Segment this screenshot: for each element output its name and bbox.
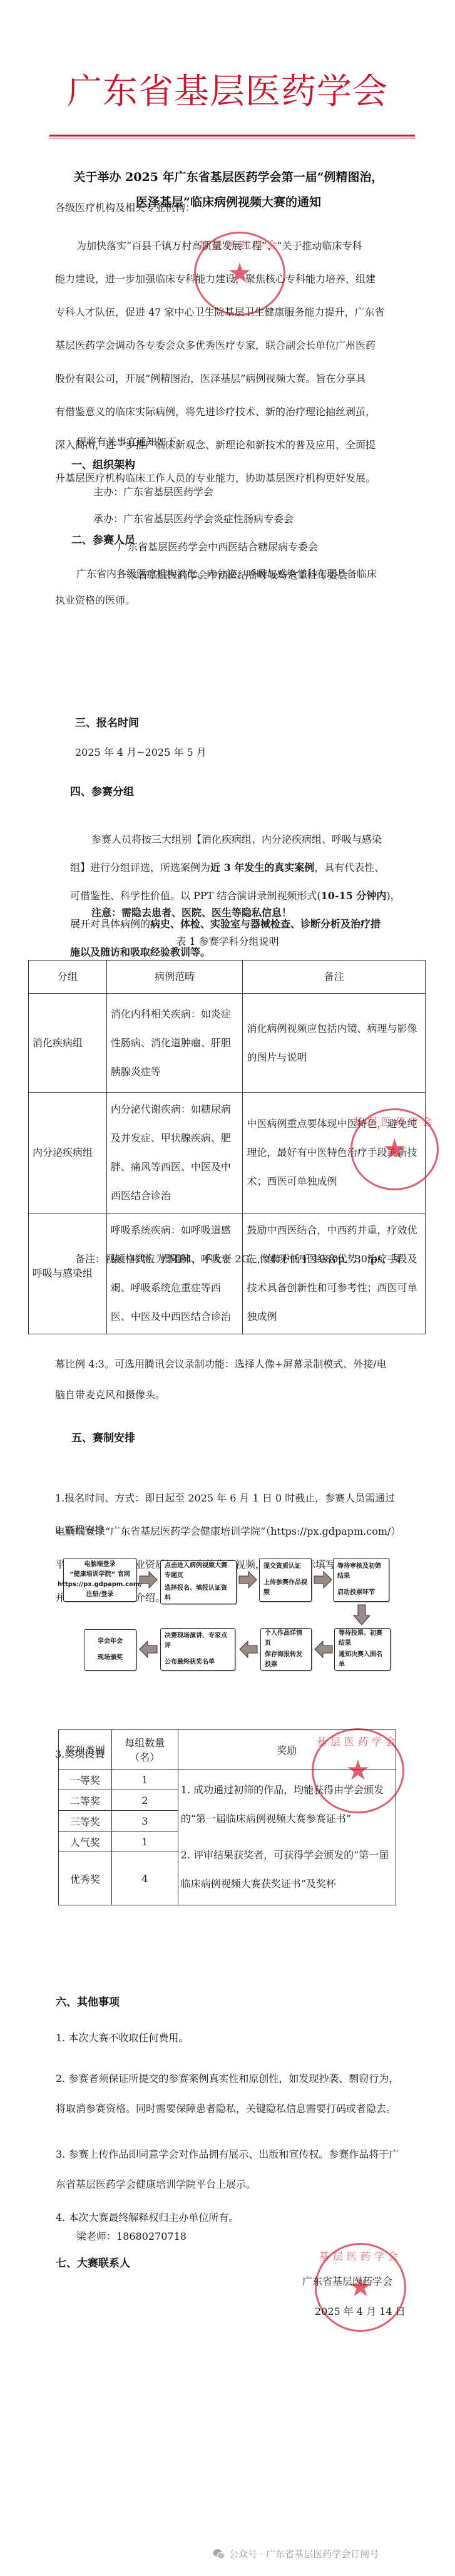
video-format-note-cont: 脑自带麦克风和摄像头。 bbox=[55, 1386, 165, 1404]
flow-text: 提交资质认证 bbox=[263, 1562, 307, 1572]
watermark-text: 公众号 · 广东省基层医药学会订阅号 bbox=[229, 2547, 379, 2560]
participants-line: 执业资格的医师。 bbox=[55, 587, 406, 614]
awards-header-row: 奖项类别 每组数量 （名） 奖励 bbox=[59, 1730, 396, 1770]
intro-line: 专科人才队伍，促进 47 家中心卫生院基层卫生健康服务能力提升，广东省 bbox=[55, 296, 406, 329]
contact-person: 梁老师：18680270718 bbox=[76, 2228, 187, 2245]
emphasis: 10-15 分钟内 bbox=[321, 890, 387, 902]
flow-text: 注册/登录 bbox=[86, 1590, 114, 1600]
wechat-watermark: 公众号 · 广东省基层医药学会订阅号 bbox=[213, 2547, 379, 2560]
flow-text: 学会年会 bbox=[98, 1637, 123, 1647]
scope-cell: 内分泌代谢疾病：如糖尿病及并发症、甲状腺疾病、肥胖、痛风等西医、中医及中西医结合… bbox=[106, 1093, 243, 1213]
flow-step-7: 决赛现场演讲、专家点评 公布最终获奖名单 bbox=[160, 1628, 235, 1671]
section-heading-2: 二、参赛人员 bbox=[71, 531, 135, 547]
registration-line: 1.报名时间、方式：即日起至 2025 年 6 月 1 日 0 时截止，参赛人员… bbox=[55, 1481, 406, 1515]
header-cell: 奖项类别 bbox=[59, 1730, 112, 1770]
intro-line: 有借鉴意义的临床实际病例，将先进诊疗技术、新的治疗理论抽丝剥茧， bbox=[55, 395, 406, 428]
section-heading-7: 七、大赛联系人 bbox=[56, 2254, 130, 2270]
flow-step-4: 等待审核及初筛结果 启动投票环节 bbox=[333, 1558, 389, 1602]
other-item-2: 2. 参赛者须保证所提交的参赛案例真实性和原创性，如发现抄袭、剽窃行为，将取消参… bbox=[56, 2064, 403, 2124]
remark-cell: 鼓励中西医结合，中西药并重，疗效优先，体现中西医结合优势；治疗手段及技术具备创新… bbox=[243, 1213, 426, 1334]
header-cell: 每组数量 （名） bbox=[111, 1730, 178, 1770]
red-divider-thin bbox=[49, 138, 415, 138]
seal-text: 基层医药学会 bbox=[317, 2249, 404, 2263]
grouping-line: 组】进行分组评选，所选案例为近 3 年发生的真实案例，具有代表性、 bbox=[70, 853, 405, 882]
flow-text: 通知决赛入围名单 bbox=[339, 1650, 386, 1670]
arrow-right-icon bbox=[238, 1570, 257, 1589]
flow-step-2: 点击进入病例视频大赛专题页 选择报名、填报认证资料 bbox=[160, 1560, 237, 1604]
flow-step-1: 电脑端登录 “健康培训学院” 官网 https://px.gdpapm.com/… bbox=[63, 1558, 136, 1602]
flow-text: 选择报名、填报认证资料 bbox=[165, 1584, 232, 1604]
header-cell: 病例范畴 bbox=[106, 961, 243, 994]
masthead-title: 广东省基层医药学会 bbox=[0, 70, 455, 114]
organizer-1: 广东省基层医药学会炎症性肠病专委会 bbox=[123, 513, 294, 525]
award-count: 1 bbox=[111, 1832, 178, 1852]
emphasis: 近 3 年发生的真实案例 bbox=[210, 862, 314, 873]
reward-cell: 1. 成功通过初筛的作品，均能获得由学会颁发的“第一届临床病例视频大赛参赛证书”… bbox=[178, 1770, 396, 1905]
flow-text: 等待审核及初筛结果 bbox=[337, 1562, 385, 1582]
header-cell: 分组 bbox=[29, 961, 107, 994]
award-count: 2 bbox=[111, 1790, 178, 1811]
text: 组】进行分组评选，所选案例为 bbox=[70, 862, 210, 873]
reward-item: 1. 成功通过初筛的作品，均能获得由学会颁发的“第一届临床病例视频大赛参赛证书” bbox=[181, 1776, 393, 1833]
flow-text: “健康培训学院” 官网 bbox=[69, 1570, 130, 1580]
participants: 广东省内各级医疗机构消化、内分泌、呼吸与感染学科在职具备临床 执业资格的医师。 bbox=[55, 561, 406, 614]
notice-line: 现将有关事宜通知如下： bbox=[76, 433, 187, 451]
official-seal: 基层医药学会 ★ bbox=[350, 1108, 439, 1190]
text: 可借鉴性、科学性价值。以 PPT 结合演讲录制视频形式( bbox=[70, 890, 321, 902]
arrow-down-icon bbox=[352, 1604, 371, 1625]
flow-text: 点击进入病例视频大赛专题页 bbox=[165, 1561, 232, 1581]
award-count: 3 bbox=[111, 1811, 178, 1832]
flow-text: 公布最终获奖名单 bbox=[165, 1657, 231, 1667]
arrow-left-icon bbox=[239, 1640, 258, 1659]
registration-line: 电脑端登录“广东省基层医药学会健康培训学院”（https://px.gdpapm… bbox=[55, 1515, 406, 1548]
arrow-right-icon bbox=[139, 1570, 158, 1589]
host: 主办：广东省基层医药学会 bbox=[93, 483, 213, 501]
flow-text: 启动投票环节 bbox=[337, 1588, 385, 1598]
flow-step-3: 提交资质认证 上传参赛作品视频 bbox=[259, 1558, 312, 1602]
flow-text: 电脑端登录 bbox=[84, 1560, 116, 1570]
schedule-heading: 2.赛程安排 bbox=[55, 1522, 105, 1539]
header-cell: 奖励 bbox=[178, 1730, 396, 1770]
intro-line: 股份有限公司，开展“例精图治，医泽基层”病例视频大赛。旨在分享具 bbox=[55, 362, 406, 395]
group-cell: 内分泌疾病组 bbox=[29, 1093, 107, 1213]
scope-cell: 消化内科相关疾病：如炎症性肠病、消化道肿瘤、肝胆胰腺炎症等 bbox=[106, 994, 243, 1093]
awards-row: 一等奖 1 1. 成功通过初筛的作品，均能获得由学会颁发的“第一届临床病例视频大… bbox=[59, 1770, 396, 1790]
section-heading-3: 三、报名时间 bbox=[75, 714, 139, 729]
seal-star-icon: ★ bbox=[382, 1136, 407, 1163]
signature-date: 2025 年 4 月 14 日 bbox=[315, 2303, 406, 2321]
remark-cell: 消化病例视频应包括内镜、病理与影像的图片与说明 bbox=[243, 994, 426, 1093]
table-caption: 表 1 参赛学科分组说明 bbox=[0, 933, 455, 951]
organizer-label: 承办： bbox=[93, 513, 123, 525]
header-text: 每组数量 bbox=[115, 1735, 175, 1749]
intro-line: 为加快落实“百县千镇万村高质量发展工程”、“关于推动临床专科 bbox=[55, 229, 406, 262]
award-count: 4 bbox=[111, 1852, 178, 1905]
awards-table: 奖项类别 每组数量 （名） 奖励 一等奖 1 1. 成功通过初筛的作品，均能获得… bbox=[58, 1729, 396, 1905]
group-cell: 消化疾病组 bbox=[29, 994, 107, 1093]
section-heading-5: 五、赛制安排 bbox=[71, 1429, 135, 1445]
award-category: 优秀奖 bbox=[59, 1852, 112, 1905]
table-row: 呼吸与感染组 呼吸系统疾病：如呼吸道感染、哮喘、慢阻肺、呼吸衰竭、呼吸系统危重症… bbox=[29, 1213, 426, 1334]
intro-line: 基层医药学会调动各专委会众多优秀医疗专家，联合副会长单位广州医药 bbox=[55, 329, 406, 362]
signature-org: 广东省基层医药学会 bbox=[302, 2273, 392, 2290]
privacy-note: 注意：需隐去患者、医院、医生等隐私信息！ bbox=[91, 904, 292, 922]
arrow-left-icon bbox=[314, 1640, 333, 1659]
table-header-row: 分组 病例范畴 备注 bbox=[29, 961, 426, 994]
flow-step-8: 学会年会 现场颁奖 bbox=[84, 1629, 136, 1671]
header-cell: 备注 bbox=[243, 961, 426, 994]
flow-text: 现场颁奖 bbox=[98, 1653, 123, 1663]
participants-line: 广东省内各级医疗机构消化、内分泌、呼吸与感染学科在职具备临床 bbox=[55, 561, 406, 587]
group-cell: 呼吸与感染组 bbox=[29, 1213, 107, 1334]
text: )， bbox=[386, 890, 400, 902]
award-category: 三等奖 bbox=[59, 1811, 112, 1832]
video-format-note: 备注：视频格式应为 MP4，不大于 2G，像素不低于 1080p、30fps，屏 bbox=[75, 1250, 402, 1268]
intro-paragraph: 为加快落实“百县千镇万村高质量发展工程”、“关于推动临床专科 能力建设，进一步加… bbox=[55, 229, 406, 495]
section-heading-1: 一、组织架构 bbox=[71, 456, 135, 471]
text: ，具有代表性、 bbox=[314, 862, 384, 873]
other-item-3: 3. 参赛上传作品即同意学会对作品拥有展示、出版和宣传权。参赛作品将于广东省基层… bbox=[56, 2140, 403, 2200]
video-format-note-cont: 幕比例 4:3。可选用腾讯会议录制功能：选择人像+屏幕录制模式、外接/电 bbox=[55, 1356, 387, 1373]
arrow-left-icon bbox=[139, 1640, 158, 1659]
award-count: 1 bbox=[111, 1770, 178, 1790]
flow-step-5: 等待投票、初赛结果 通知决赛入围名单 bbox=[334, 1628, 391, 1671]
header-text: （名） bbox=[115, 1749, 175, 1764]
award-category: 一等奖 bbox=[59, 1770, 112, 1790]
organizer: 承办：广东省基层医药学会炎症性肠病专委会 bbox=[93, 510, 294, 528]
flow-text: 个人作品详情页 bbox=[265, 1629, 307, 1649]
award-category: 人气奖 bbox=[59, 1832, 112, 1852]
seal-text: 基层医药学会 bbox=[352, 1114, 437, 1128]
intro-line: 能力建设，进一步加强临床专科能力建设，聚焦核心专科能力培养，组建 bbox=[55, 262, 406, 296]
flow-text: 等待投票、初赛结果 bbox=[339, 1629, 386, 1649]
section-heading-4: 四、参赛分组 bbox=[70, 783, 134, 798]
table-row: 消化疾病组 消化内科相关疾病：如炎症性肠病、消化道肿瘤、肝胆胰腺炎症等 消化病例… bbox=[29, 994, 426, 1093]
section-heading-6: 六、其他事项 bbox=[56, 1993, 120, 2009]
flow-text: 上传参赛作品视频 bbox=[263, 1578, 307, 1598]
flow-text: 保存海报转发投票 bbox=[265, 1650, 307, 1670]
award-category: 二等奖 bbox=[59, 1790, 112, 1811]
flow-text: 决赛现场演讲、专家点评 bbox=[165, 1631, 231, 1651]
scope-cell: 呼吸系统疾病：如呼吸道感染、哮喘、慢阻肺、呼吸衰竭、呼吸系统危重症等西医、中医及… bbox=[106, 1213, 243, 1334]
red-divider bbox=[49, 135, 415, 137]
organizer-2: 广东省基层医药学会中西医结合糖尿病专委会 bbox=[118, 538, 318, 556]
flow-text: https://px.gdpapm.com/ bbox=[58, 1580, 142, 1590]
salutation: 各级医疗机构及相关专业机构： bbox=[55, 199, 195, 217]
title-line-1: 关于举办 2025 年广东省基层医药学会第一届“例精图治， bbox=[44, 165, 413, 190]
grouping-line: 参赛人员将按三大组别【消化疾病组、内分泌疾病组、呼吸与感染 bbox=[70, 825, 405, 853]
other-item-4: 4. 本次大赛最终解释权归主办单位所有。 bbox=[56, 2209, 406, 2227]
other-item-1: 1. 本次大赛不收取任何费用。 bbox=[56, 2029, 406, 2047]
arrow-right-icon bbox=[314, 1570, 332, 1589]
registration-period: 2025 年 4 月~2025 年 5 月 bbox=[75, 744, 207, 761]
flow-step-6: 个人作品详情页 保存海报转发投票 bbox=[260, 1628, 312, 1671]
reward-item: 2. 评审结果获奖者，可获得学会颁发的“第一届临床病例视频大赛获奖证书”及奖杯 bbox=[181, 1841, 393, 1899]
wechat-icon bbox=[213, 2548, 225, 2560]
notice-document: 广东省基层医药学会 关于举办 2025 年广东省基层医药学会第一届“例精图治， … bbox=[0, 0, 455, 2576]
